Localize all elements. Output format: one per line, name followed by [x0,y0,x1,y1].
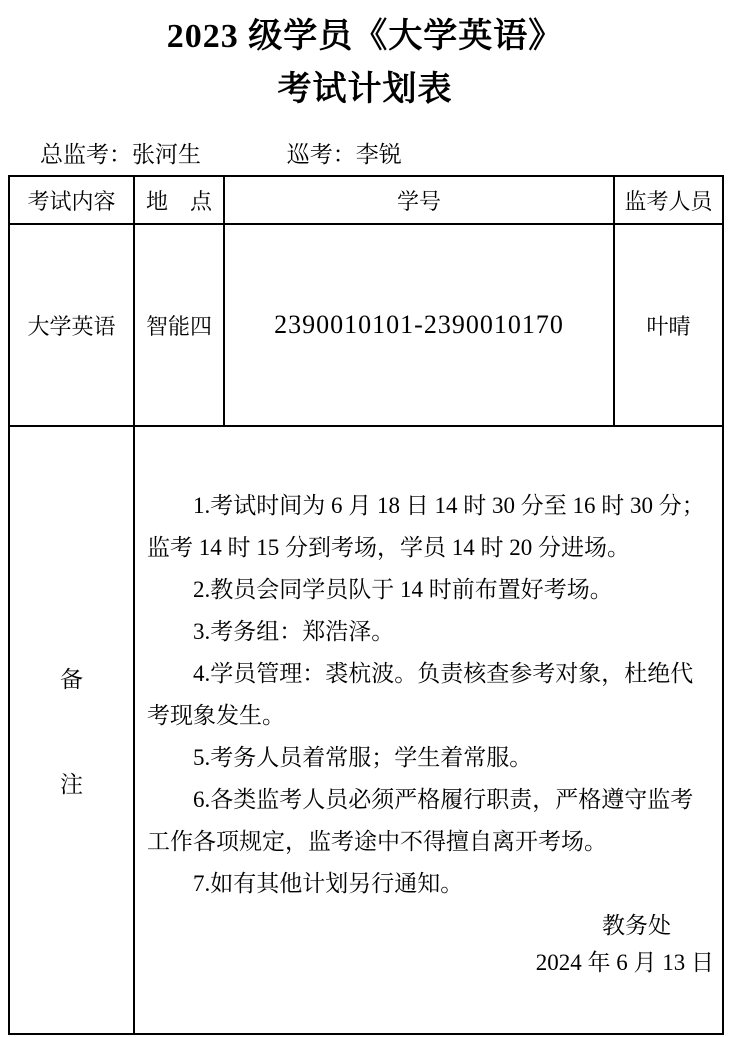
document-page: 2023 级学员《大学英语》 考试计划表 总监考：张河生 巡考：李锐 考试内容 … [0,0,730,1037]
chief-proctor-text: 总监考：张河生 [40,142,201,167]
col-header-student-ids: 学号 [224,176,614,224]
remark-item-5: 5.考务人员着常服；学生着常服。 [147,737,716,779]
cell-location: 智能四 [134,224,224,426]
remarks-row: 备 注 1.考试时间为 6 月 18 日 14 时 30 分至 16 时 30 … [9,426,723,1034]
remarks-label-stack: 备 注 [10,661,133,799]
remark-item-4: 4.学员管理：裘杭波。负责核查参考对象，杜绝代考现象发生。 [147,653,716,737]
exam-plan-table: 考试内容 地 点 学号 监考人员 大学英语 智能四 2390010101-239… [8,175,724,1035]
cell-student-ids: 2390010101-2390010170 [224,224,614,426]
table-row: 大学英语 智能四 2390010101-2390010170 叶晴 [9,224,723,426]
remark-item-6: 6.各类监考人员必须严格履行职责，严格遵守监考工作各项规定，监考途中不得擅自离开… [147,779,716,863]
title-line-2: 考试计划表 [0,63,730,116]
remarks-label-cell: 备 注 [9,426,134,1034]
remark-item-2: 2.教员会同学员队于 14 时前布置好考场。 [147,569,716,611]
col-header-location: 地 点 [134,176,224,224]
remarks-content-cell: 1.考试时间为 6 月 18 日 14 时 30 分至 16 时 30 分；监考… [134,426,723,1034]
col-header-exam-content: 考试内容 [9,176,134,224]
proctor-info-line: 总监考：张河生 巡考：李锐 [40,141,402,169]
remark-item-7: 7.如有其他计划另行通知。 [147,863,716,905]
remark-item-1: 1.考试时间为 6 月 18 日 14 时 30 分至 16 时 30 分；监考… [147,485,716,569]
remark-item-3: 3.考务组：郑浩泽。 [147,611,716,653]
patrol-proctor-text: 巡考：李锐 [287,142,402,167]
remarks-label-char-2: 注 [60,766,83,799]
signature-date: 2024 年 6 月 13 日 [147,944,716,981]
signature-office: 教务处 [147,907,716,944]
cell-exam-content: 大学英语 [9,224,134,426]
col-header-proctor: 监考人员 [614,176,723,224]
remarks-label-char-1: 备 [60,661,83,694]
cell-proctor: 叶晴 [614,224,723,426]
document-title: 2023 级学员《大学英语》 考试计划表 [0,10,730,116]
title-line-1: 2023 级学员《大学英语》 [0,10,730,63]
table-header-row: 考试内容 地 点 学号 监考人员 [9,176,723,224]
